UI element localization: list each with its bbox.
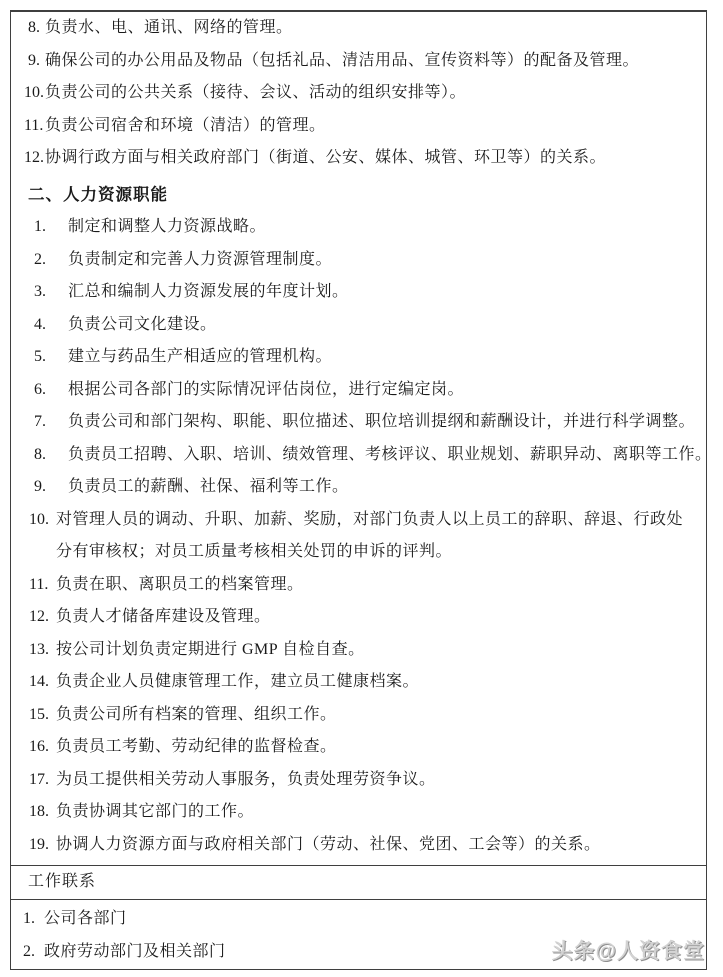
section-heading-hr-functions: 二、人力资源职能 [11, 179, 706, 212]
item-number: 12. [24, 142, 45, 175]
item-number: 2. [34, 244, 68, 277]
item-text: 负责公司的公共关系（接待、会议、活动的组织安排等）。 [45, 77, 466, 110]
list-item: 1. 制定和调整人力资源战略。 [11, 211, 706, 244]
list-item: 7. 负责公司和部门架构、职能、职位描述、职位培训提纲和薪酬设计，并进行科学调整… [11, 406, 706, 439]
item-text: 协调行政方面与相关政府部门（街道、公安、媒体、城管、环卫等）的关系。 [45, 142, 606, 175]
item-number: 14. [29, 666, 56, 699]
item-text: 协调人力资源方面与政府相关部门（劳动、社保、党团、工会等）的关系。 [56, 829, 601, 862]
list-item: 19. 协调人力资源方面与政府相关部门（劳动、社保、党团、工会等）的关系。 [11, 829, 706, 862]
item-text: 负责公司宿舍和环境（清洁）的管理。 [45, 110, 326, 143]
list-item: 8. 负责水、电、通讯、网络的管理。 [11, 12, 706, 45]
item-text: 负责水、电、通讯、网络的管理。 [45, 12, 293, 45]
item-text: 负责协调其它部门的工作。 [56, 796, 254, 829]
item-number: 4. [34, 309, 68, 342]
item-text: 负责企业人员健康管理工作，建立员工健康档案。 [56, 666, 419, 699]
list-item: 2. 负责制定和完善人力资源管理制度。 [11, 244, 706, 277]
list-item: 12. 协调行政方面与相关政府部门（街道、公安、媒体、城管、环卫等）的关系。 [11, 142, 706, 175]
document-page: 8. 负责水、电、通讯、网络的管理。 9. 确保公司的办公用品及物品（包括礼品、… [0, 0, 723, 977]
item-number: 7. [34, 406, 68, 439]
item-text: 为员工提供相关劳动人事服务，负责处理劳资争议。 [56, 764, 436, 797]
item-text: 负责公司和部门架构、职能、职位描述、职位培训提纲和薪酬设计，并进行科学调整。 [68, 406, 695, 439]
item-text: 负责在职、离职员工的档案管理。 [56, 569, 304, 602]
list-item: 10. 负责公司的公共关系（接待、会议、活动的组织安排等）。 [11, 77, 706, 110]
list-item: 16. 负责员工考勤、劳动纪律的监督检查。 [11, 731, 706, 764]
item-text-line-2: 分有审核权；对员工质量考核相关处罚的申诉的评判。 [56, 536, 683, 569]
list-item: 12. 负责人才储备库建设及管理。 [11, 601, 706, 634]
list-item: 18. 负责协调其它部门的工作。 [11, 796, 706, 829]
item-number: 5. [34, 341, 68, 374]
item-text: 制定和调整人力资源战略。 [68, 211, 266, 244]
item-number: 9. [34, 471, 68, 504]
list-item: 14. 负责企业人员健康管理工作，建立员工健康档案。 [11, 666, 706, 699]
item-number: 9. [24, 45, 45, 78]
item-number: 8. [34, 439, 68, 472]
work-contacts-heading: 工作联系 [28, 873, 96, 890]
item-number: 16. [29, 731, 56, 764]
list-item: 9. 确保公司的办公用品及物品（包括礼品、清洁用品、宣传资料等）的配备及管理。 [11, 45, 706, 78]
item-number: 13. [29, 634, 56, 667]
item-text: 按公司计划负责定期进行 GMP 自检自查。 [56, 634, 365, 667]
work-contacts-header-cell: 工作联系 [11, 865, 706, 899]
item-number: 10. [29, 504, 56, 569]
item-number: 2. [23, 935, 44, 968]
item-number: 18. [29, 796, 56, 829]
toutiao-watermark: 头条@人资食堂 [552, 935, 705, 965]
list-item: 5. 建立与药品生产相适应的管理机构。 [11, 341, 706, 374]
item-number: 1. [23, 902, 44, 935]
list-item: 8. 负责员工招聘、入职、培训、绩效管理、考核评议、职业规划、薪职异动、离职等工… [11, 439, 706, 472]
list-item: 13. 按公司计划负责定期进行 GMP 自检自查。 [11, 634, 706, 667]
item-text: 公司各部门 [44, 902, 127, 935]
item-text: 负责员工考勤、劳动纪律的监督检查。 [56, 731, 337, 764]
item-number: 19. [29, 829, 56, 862]
item-text: 负责制定和完善人力资源管理制度。 [68, 244, 332, 277]
list-item: 11. 负责在职、离职员工的档案管理。 [11, 569, 706, 602]
work-contacts-cell: 1. 公司各部门 2. 政府劳动部门及相关部门 头条@人资食堂 [11, 899, 706, 970]
item-text: 负责员工招聘、入职、培训、绩效管理、考核评议、职业规划、薪职异动、离职等工作。 [68, 439, 712, 472]
item-text: 政府劳动部门及相关部门 [44, 935, 226, 968]
item-text-line-1: 对管理人员的调动、升职、加薪、奖励，对部门负责人以上员工的辞职、辞退、行政处 [56, 504, 683, 537]
item-text: 根据公司各部门的实际情况评估岗位，进行定编定岗。 [68, 374, 464, 407]
item-text: 汇总和编制人力资源发展的年度计划。 [68, 276, 349, 309]
item-number: 3. [34, 276, 68, 309]
item-text: 对管理人员的调动、升职、加薪、奖励，对部门负责人以上员工的辞职、辞退、行政处分有… [56, 504, 683, 569]
item-text: 负责公司所有档案的管理、组织工作。 [56, 699, 337, 732]
list-item: 4. 负责公司文化建设。 [11, 309, 706, 342]
item-number: 11. [29, 569, 56, 602]
list-item: 11. 负责公司宿舍和环境（清洁）的管理。 [11, 110, 706, 143]
list-item: 17. 为员工提供相关劳动人事服务，负责处理劳资争议。 [11, 764, 706, 797]
item-number: 17. [29, 764, 56, 797]
item-text: 建立与药品生产相适应的管理机构。 [68, 341, 332, 374]
item-text: 负责员工的薪酬、社保、福利等工作。 [68, 471, 349, 504]
list-item: 6. 根据公司各部门的实际情况评估岗位，进行定编定岗。 [11, 374, 706, 407]
list-item: 10. 对管理人员的调动、升职、加薪、奖励，对部门负责人以上员工的辞职、辞退、行… [11, 504, 706, 569]
item-number: 6. [34, 374, 68, 407]
job-description-table: 8. 负责水、电、通讯、网络的管理。 9. 确保公司的办公用品及物品（包括礼品、… [10, 10, 707, 970]
list-item: 1. 公司各部门 [11, 902, 706, 935]
item-number: 11. [24, 110, 45, 143]
list-item: 15. 负责公司所有档案的管理、组织工作。 [11, 699, 706, 732]
responsibilities-cell: 8. 负责水、电、通讯、网络的管理。 9. 确保公司的办公用品及物品（包括礼品、… [11, 12, 706, 865]
list-item: 3. 汇总和编制人力资源发展的年度计划。 [11, 276, 706, 309]
item-number: 12. [29, 601, 56, 634]
item-text: 确保公司的办公用品及物品（包括礼品、清洁用品、宣传资料等）的配备及管理。 [45, 45, 639, 78]
item-number: 15. [29, 699, 56, 732]
item-number: 1. [34, 211, 68, 244]
item-number: 10. [24, 77, 45, 110]
list-item: 9. 负责员工的薪酬、社保、福利等工作。 [11, 471, 706, 504]
item-text: 负责人才储备库建设及管理。 [56, 601, 271, 634]
item-number: 8. [24, 12, 45, 45]
item-text: 负责公司文化建设。 [68, 309, 217, 342]
